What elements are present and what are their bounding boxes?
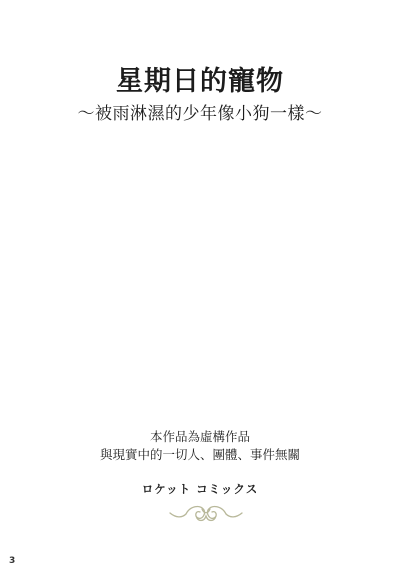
fiction-disclaimer: 本作品為虛構作品 與現實中的一切人、團體、事件無關 [0, 428, 400, 464]
publisher-label: ロケット コミックス [0, 481, 400, 497]
disclaimer-line-2: 與現實中的一切人、團體、事件無關 [0, 446, 400, 464]
book-title: 星期日的寵物 [0, 66, 400, 98]
page-number: 3 [9, 556, 15, 566]
book-subtitle: ～被雨淋濕的少年像小狗一樣～ [0, 102, 400, 126]
book-page: 星期日的寵物 ～被雨淋濕的少年像小狗一樣～ 本作品為虛構作品 與現實中的一切人、… [0, 0, 400, 569]
flourish-ornament-icon [168, 500, 244, 526]
disclaimer-line-1: 本作品為虛構作品 [0, 428, 400, 446]
